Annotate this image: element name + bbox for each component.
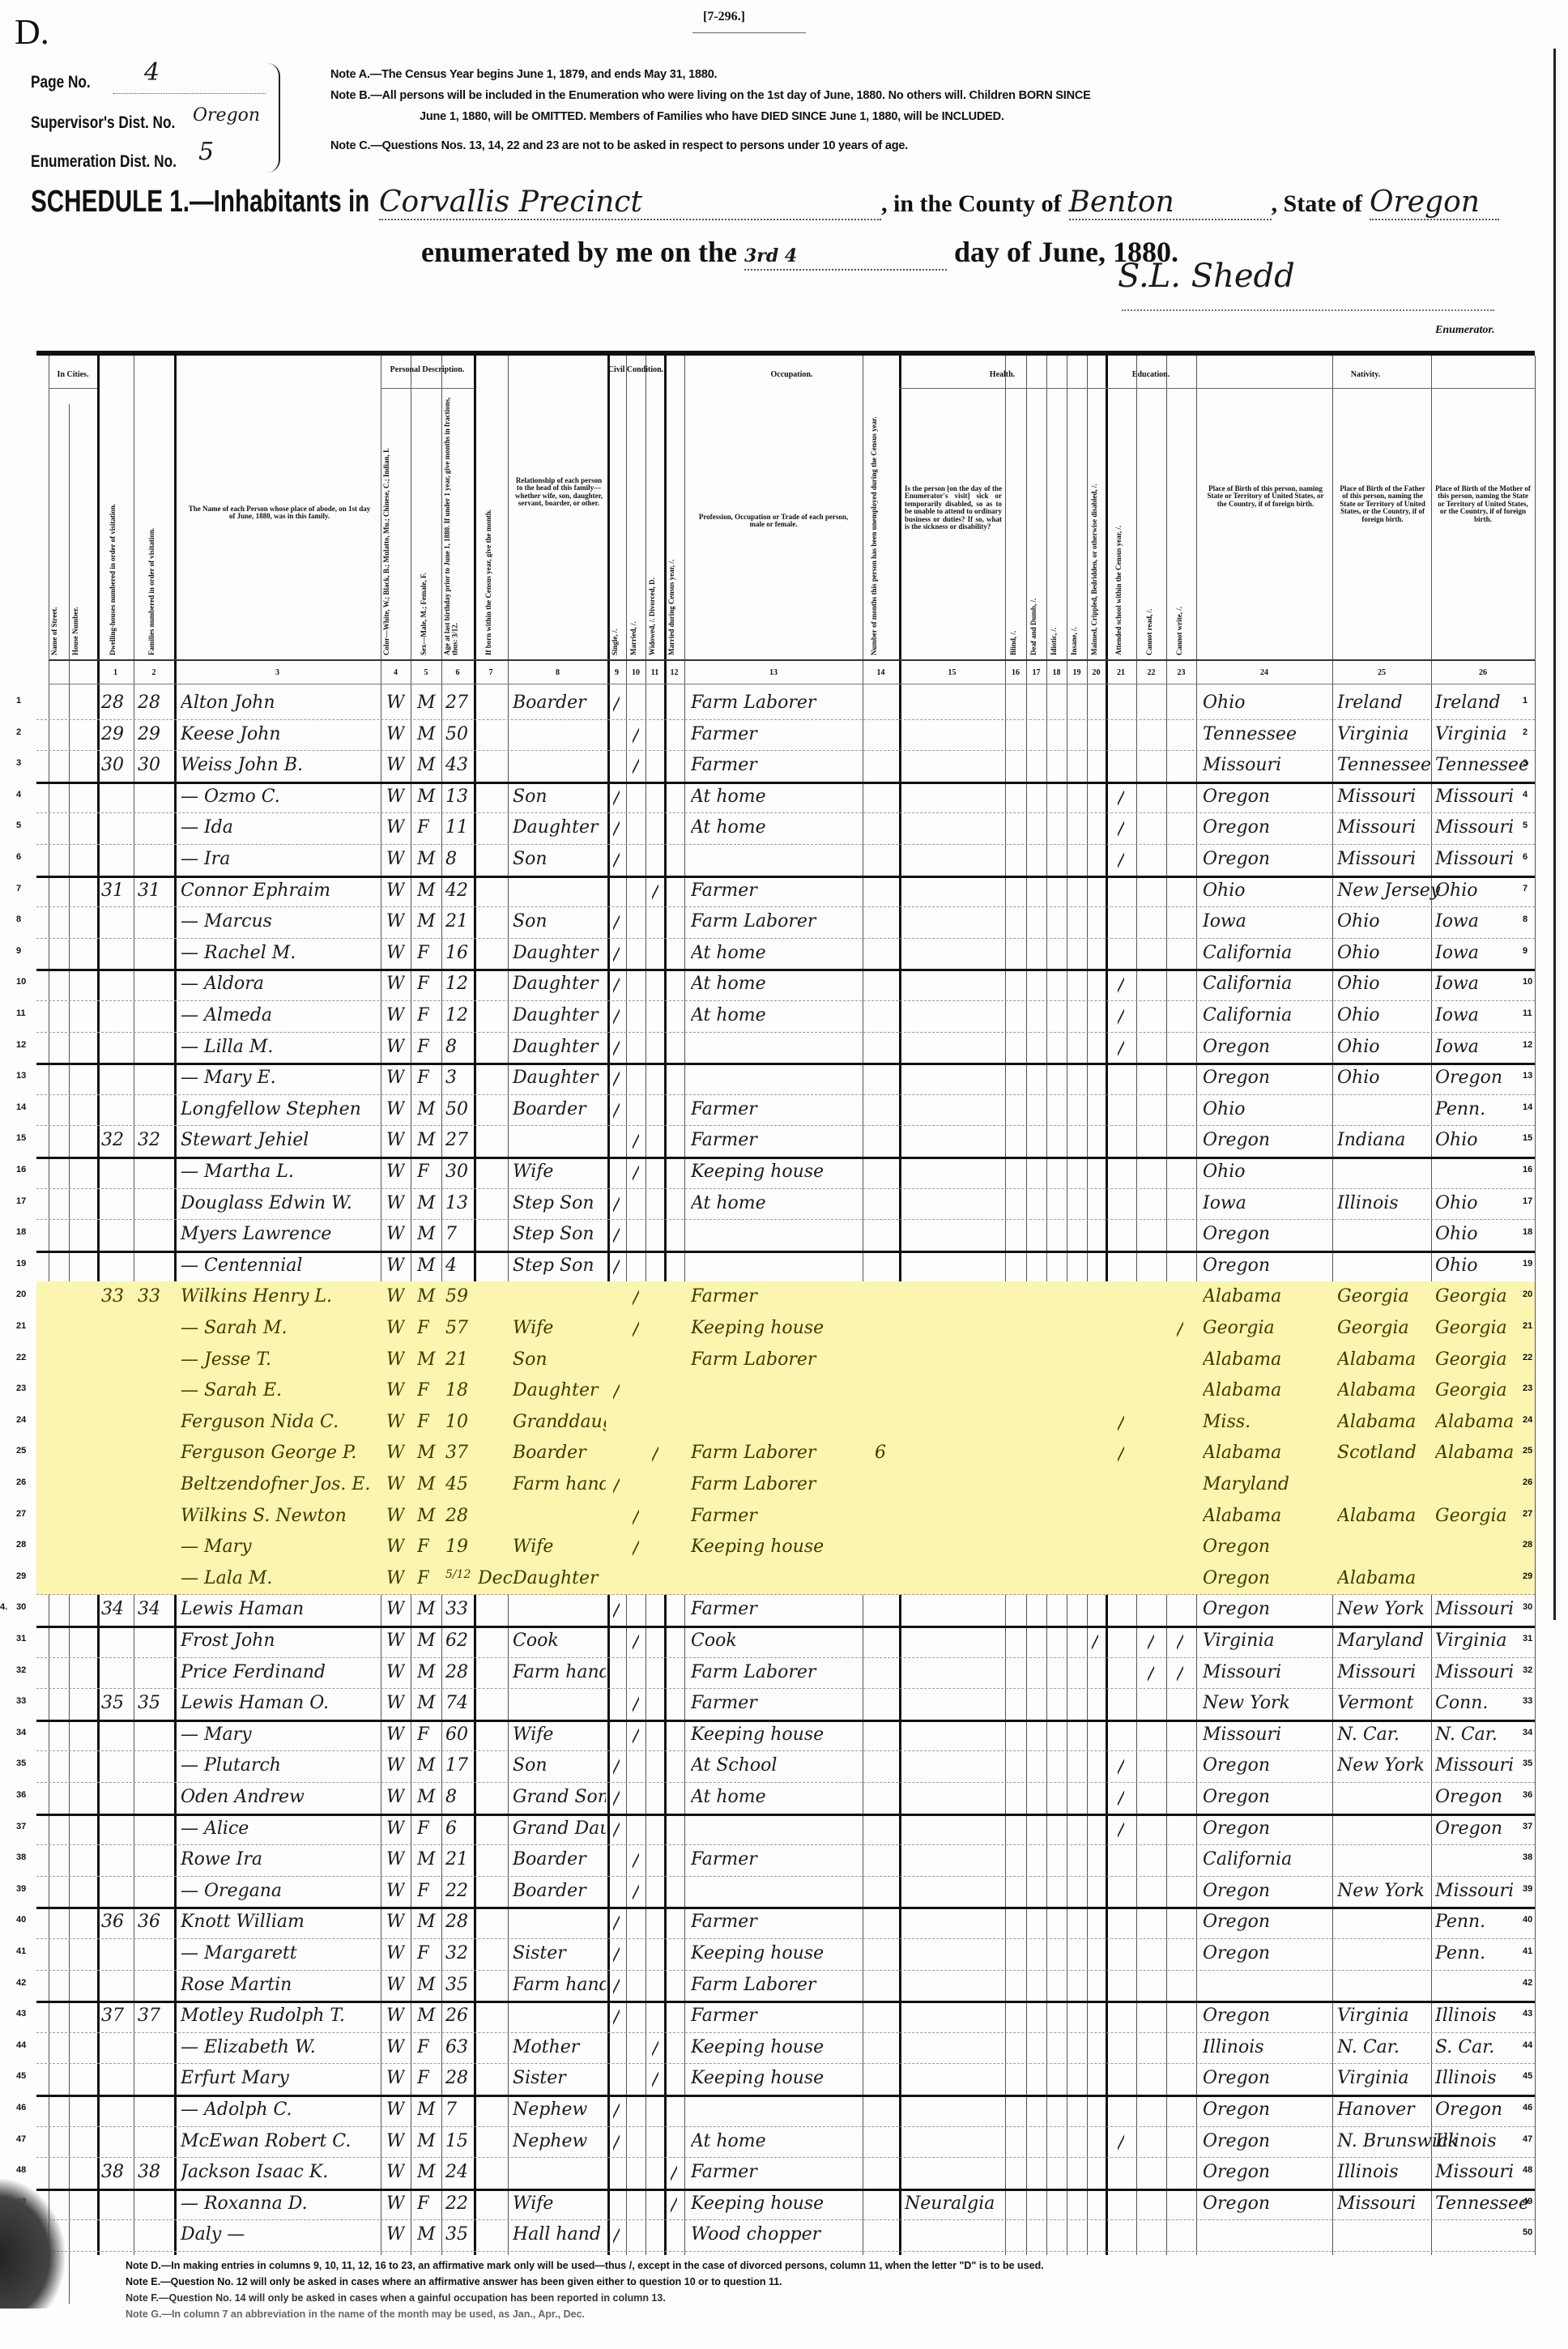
age-value: 12: [445, 974, 468, 994]
married-mark: /: [633, 1631, 639, 1653]
sex-value: M: [417, 1975, 436, 1995]
line-number: 19: [16, 1259, 26, 1268]
occupation-value: Keeping house: [691, 1943, 861, 1963]
relationship-value: Cook: [513, 1631, 606, 1651]
mother-birthplace-value: Missouri: [1435, 1755, 1565, 1776]
dwelling-number: 30: [101, 755, 124, 775]
occupation-value: At home: [691, 1787, 861, 1807]
sex-value: M: [417, 911, 436, 932]
single-mark: /: [613, 1474, 620, 1497]
table-row: 1818Myers LawrenceWM7Step Son/OregonOhio: [36, 1219, 1535, 1253]
sex-value: F: [417, 1943, 429, 1963]
single-mark: /: [613, 1005, 620, 1028]
table-row: 2727Wilkins S. NewtonWM28/FarmerAlabamaA…: [36, 1501, 1535, 1535]
age-value: 13: [445, 1193, 468, 1213]
sex-value: M: [417, 1286, 436, 1307]
column-number: 24: [1196, 668, 1332, 677]
mother-birthplace-value: Iowa: [1435, 943, 1565, 963]
single-mark: /: [613, 1037, 620, 1059]
mother-birthplace-value: Georgia: [1435, 1318, 1565, 1338]
table-row: 43433737Motley Rudolph T.WM26/FarmerOreg…: [36, 2001, 1535, 2033]
color-value: W: [386, 1537, 405, 1557]
header-unemployed: Number of months this person has been un…: [871, 404, 895, 655]
person-name: Longfellow Stephen: [181, 1099, 379, 1119]
header-name: The Name of each Person whose place of a…: [186, 505, 373, 521]
birthplace-value: Oregon: [1203, 1255, 1332, 1276]
age-value: 21: [445, 1349, 468, 1370]
family-number: 30: [138, 755, 160, 775]
single-mark: /: [613, 693, 620, 715]
birthplace-value: Oregon: [1203, 849, 1332, 869]
person-name: — Jesse T.: [181, 1349, 379, 1370]
person-name: Jackson Isaac K.: [181, 2162, 379, 2182]
header-cannot-read: Cannot read, /.: [1146, 558, 1157, 655]
schedule-title: SCHEDULE 1.—Inhabitants in: [31, 185, 309, 220]
sex-value: F: [417, 1881, 429, 1901]
birthplace-value: Oregon: [1203, 2068, 1332, 2088]
sex-value: F: [417, 1037, 429, 1057]
occupation-value: Keeping house: [691, 2193, 861, 2214]
line-number: 2: [16, 727, 21, 737]
line-number: 16: [16, 1165, 26, 1174]
age-value: 4: [445, 1255, 457, 1276]
footer-note-e: Note E.—Question No. 12 will only be ask…: [126, 2276, 782, 2287]
age-value: 57: [445, 1318, 468, 1338]
table-row: 4242Rose MartinWM35Farm hand/Farm Labore…: [36, 1970, 1535, 2004]
table-row: 99— Rachel M.WF16Daughter/At homeCalifor…: [36, 938, 1535, 972]
color-value: W: [386, 1130, 405, 1150]
header-insane: Insane, /.: [1071, 582, 1082, 655]
color-value: W: [386, 849, 405, 869]
footer-note-f: Note F.—Question No. 14 will only be ask…: [126, 2292, 666, 2304]
mother-birthplace-value: Penn.: [1435, 1912, 1565, 1932]
line-number: 26: [1523, 1477, 1532, 1487]
age-value: 21: [445, 1849, 468, 1869]
sex-value: M: [417, 1224, 436, 1244]
color-value: W: [386, 1193, 405, 1213]
table-row: 2424Ferguson Nida C.WF10Granddaughter/Mi…: [36, 1407, 1535, 1441]
header-school: Attended school within the Census year, …: [1115, 437, 1127, 655]
line-number: 35: [16, 1759, 26, 1768]
mother-birthplace-value: Ireland: [1435, 693, 1565, 713]
color-value: W: [386, 2162, 405, 2182]
single-mark: /: [613, 974, 620, 996]
color-value: W: [386, 1755, 405, 1776]
person-name: Ferguson Nida C.: [181, 1412, 379, 1432]
age-value: 22: [445, 1881, 468, 1901]
birthplace-value: Ohio: [1203, 1162, 1332, 1182]
sex-value: M: [417, 1787, 436, 1807]
person-name: Wilkins S. Newton: [181, 1506, 379, 1526]
person-name: — Centennial: [181, 1255, 379, 1276]
header-occupation: Profession, Occupation or Trade of each …: [692, 514, 854, 529]
relationship-value: Grand Son: [513, 1787, 606, 1807]
page-no-value: 4: [144, 58, 160, 87]
occupation-value: Keeping house: [691, 2037, 861, 2057]
occupation-value: Farm Laborer: [691, 1349, 861, 1370]
occupation-value: Farmer: [691, 1599, 861, 1619]
birthplace-value: Oregon: [1203, 1881, 1332, 1901]
relationship-value: Daughter: [513, 974, 606, 994]
color-value: W: [386, 1318, 405, 1338]
table-row: 2626Beltzendofner Jos. E.WM45Farm hand/F…: [36, 1469, 1535, 1502]
occupation-value: Farm Laborer: [691, 1474, 861, 1494]
sex-value: F: [417, 1318, 429, 1338]
enumeration-district-value: 5: [198, 138, 214, 166]
sex-value: F: [417, 1380, 429, 1400]
family-number: 31: [138, 880, 160, 901]
mother-birthplace-value: Missouri: [1435, 787, 1565, 807]
single-mark: /: [613, 817, 620, 840]
line-number: 42: [1523, 1978, 1532, 1988]
month-born-value: Dec: [478, 1568, 513, 1588]
person-name: Alton John: [181, 693, 379, 713]
married-mark: /: [633, 1849, 639, 1872]
mother-birthplace-value: Conn.: [1435, 1693, 1565, 1713]
relationship-value: Sister: [513, 2068, 606, 2088]
line-number: 45: [16, 2071, 26, 2081]
mother-birthplace-value: Missouri: [1435, 1662, 1565, 1682]
group-header-in-cities: In Cities.: [49, 370, 97, 379]
relationship-value: Step Son: [513, 1193, 606, 1213]
page-no-label: Page No.: [31, 73, 91, 92]
line-number: 21: [16, 1321, 26, 1331]
header-widowed: Widowed, /. Divorced, D.: [649, 453, 660, 655]
header-sex: Sex—Male, M.; Female, F.: [420, 518, 432, 655]
single-mark: /: [613, 787, 620, 809]
color-value: W: [386, 2193, 405, 2214]
birthplace-value: Miss.: [1203, 1412, 1332, 1432]
line-number: 27: [16, 1509, 26, 1519]
table-row: 4949— Roxanna D.WF22Wife/Keeping houseNe…: [36, 2189, 1535, 2221]
sex-value: M: [417, 1631, 436, 1651]
mother-birthplace-value: Ohio: [1435, 1130, 1565, 1150]
column-number: 26: [1431, 668, 1535, 677]
column-number: 19: [1067, 668, 1087, 677]
birthplace-value: Alabama: [1203, 1349, 1332, 1370]
note-b-cont: June 1, 1880, will be OMITTED. Members o…: [420, 110, 1004, 123]
person-name: Oden Andrew: [181, 1787, 379, 1807]
occupation-value: At home: [691, 943, 861, 963]
occupation-value: At home: [691, 2131, 861, 2151]
age-value: 74: [445, 1693, 468, 1713]
widowed-mark: /: [652, 2037, 658, 2060]
dwelling-number: 29: [101, 724, 124, 744]
mother-birthplace-value: Oregon: [1435, 2100, 1565, 2120]
person-name: Lewis Haman O.: [181, 1693, 379, 1713]
enumerated-day-value: 3rd 4: [744, 245, 797, 266]
place-value: Corvallis Precinct: [379, 185, 642, 219]
header-idiotic: Idiotic, /.: [1050, 582, 1062, 655]
age-value: 3: [445, 1068, 457, 1088]
birthplace-value: Oregon: [1203, 1568, 1332, 1588]
header-married-year: Married during Census year, /.: [668, 453, 680, 655]
person-name: — Ira: [181, 849, 379, 869]
sex-value: M: [417, 1443, 436, 1463]
dwelling-number: 36: [101, 1912, 124, 1932]
mother-birthplace-value: Penn.: [1435, 1099, 1565, 1119]
married-mark: /: [633, 1693, 639, 1716]
person-name: — Alice: [181, 1818, 379, 1839]
occupation-value: Farmer: [691, 2162, 861, 2182]
relationship-value: Wife: [513, 1724, 606, 1745]
line-number: 40: [16, 1915, 26, 1925]
age-value: 28: [445, 1912, 468, 1932]
color-value: W: [386, 693, 405, 713]
sex-value: M: [417, 1755, 436, 1776]
relationship-value: Boarder: [513, 1849, 606, 1869]
occupation-value: Farm Laborer: [691, 1975, 861, 1995]
sex-value: F: [417, 1818, 429, 1839]
table-row: 222929Keese JohnWM50/FarmerTennesseeVirg…: [36, 719, 1535, 752]
county-value: Benton: [1069, 185, 1174, 219]
single-mark: /: [613, 1255, 620, 1278]
family-number: 33: [138, 1286, 160, 1307]
column-number: 17: [1026, 668, 1046, 677]
person-name: — Ozmo C.: [181, 787, 379, 807]
mother-birthplace-value: Missouri: [1435, 817, 1565, 838]
table-row: 55— IdaWF11Daughter/At home/OregonMissou…: [36, 812, 1535, 845]
birthplace-value: Georgia: [1203, 1318, 1332, 1338]
person-name: — Lala M.: [181, 1568, 379, 1588]
color-value: W: [386, 1255, 405, 1276]
line-number: 34: [16, 1728, 26, 1737]
table-row: 3939— OreganaWF22Boarder/OregonNew YorkM…: [36, 1876, 1535, 1910]
widowed-mark: /: [652, 1443, 658, 1465]
color-value: W: [386, 1380, 405, 1400]
line-number: 31: [16, 1634, 26, 1643]
line-number: 48: [16, 2165, 26, 2175]
single-mark: /: [613, 1224, 620, 1247]
occupation-value: Farmer: [691, 1693, 861, 1713]
sex-value: M: [417, 2100, 436, 2120]
single-mark: /: [613, 1787, 620, 1810]
school-mark: /: [1118, 1005, 1124, 1028]
color-value: W: [386, 1724, 405, 1745]
column-number: 23: [1166, 668, 1196, 677]
school-mark: /: [1118, 974, 1124, 996]
table-row: 2323— Sarah E.WF18Daughter/AlabamaAlabam…: [36, 1375, 1535, 1408]
mother-birthplace-value: Ohio: [1435, 1193, 1565, 1213]
footer-note-d: Note D.—In making entries in columns 9, …: [126, 2260, 1044, 2271]
color-value: W: [386, 2100, 405, 2120]
relationship-value: Daughter: [513, 817, 606, 838]
married-mark: /: [633, 1130, 639, 1153]
age-value: 43: [445, 755, 468, 775]
person-name: Myers Lawrence: [181, 1224, 379, 1244]
person-name: Weiss John B.: [181, 755, 379, 775]
relationship-value: Hall hand: [513, 2224, 606, 2245]
county-label: , in the County of: [881, 190, 1062, 217]
line-number: 36: [16, 1790, 26, 1800]
age-value: 7: [445, 1224, 457, 1244]
age-value: 32: [445, 1943, 468, 1963]
color-value: W: [386, 755, 405, 775]
single-mark: /: [613, 1068, 620, 1090]
birthplace-value: Maryland: [1203, 1474, 1332, 1494]
relationship-value: Boarder: [513, 693, 606, 713]
person-name: — Mary: [181, 1724, 379, 1745]
age-value: 62: [445, 1631, 468, 1651]
mother-birthplace-value: Georgia: [1435, 1380, 1565, 1400]
line-number: 16: [1523, 1165, 1532, 1174]
mother-birthplace-value: Iowa: [1435, 1005, 1565, 1025]
line-number: 32: [16, 1665, 26, 1675]
relationship-value: Boarder: [513, 1443, 606, 1463]
header-disabled: Maimed, Crippled, Bedridden, or otherwis…: [1091, 396, 1102, 655]
mother-birthplace-value: Iowa: [1435, 911, 1565, 932]
sex-value: M: [417, 880, 436, 901]
mother-birthplace-value: Iowa: [1435, 1037, 1565, 1057]
single-mark: /: [613, 1912, 620, 1934]
header-birthplace: Place of Birth of this person, naming St…: [1203, 485, 1328, 508]
birthplace-value: Oregon: [1203, 1599, 1332, 1619]
sex-value: M: [417, 1506, 436, 1526]
column-number: 10: [626, 668, 646, 677]
person-name: — Martha L.: [181, 1162, 379, 1182]
header-father-birthplace: Place of Birth of the Father of this per…: [1337, 485, 1428, 523]
age-value: 16: [445, 943, 468, 963]
sex-value: F: [417, 2068, 429, 2088]
married-year-mark: /: [671, 2193, 677, 2216]
mother-birthplace-value: Virginia: [1435, 724, 1565, 744]
line-number: 30: [16, 1602, 26, 1612]
birthplace-value: Virginia: [1203, 1631, 1332, 1651]
cannot-write-mark: /: [1177, 1318, 1183, 1341]
column-number: 5: [411, 668, 441, 677]
sex-value: M: [417, 1662, 436, 1682]
line-number: 37: [16, 1822, 26, 1831]
line-number: 13: [16, 1071, 26, 1081]
table-row: 3434— MaryWF60Wife/Keeping houseMissouri…: [36, 1720, 1535, 1752]
family-number: 29: [138, 724, 160, 744]
occupation-value: Keeping house: [691, 1318, 861, 1338]
header-single: Single, /.: [611, 558, 623, 655]
table-row: 2525Ferguson George P.WM37Boarder/Farm L…: [36, 1438, 1535, 1470]
occupation-value: Keeping house: [691, 2068, 861, 2088]
school-mark: /: [1118, 1755, 1124, 1778]
married-mark: /: [633, 755, 639, 778]
table-row: 3838Rowe IraWM21Boarder/FarmerCalifornia: [36, 1844, 1535, 1877]
relationship-value: Son: [513, 787, 606, 807]
person-name: Daly —: [181, 2224, 379, 2245]
line-number: 5: [16, 821, 21, 830]
person-name: Lewis Haman: [181, 1599, 379, 1619]
table-row: 4545Erfurt MaryWF28Sister/Keeping houseO…: [36, 2063, 1535, 2097]
age-value: 8: [445, 1037, 457, 1057]
mother-birthplace-value: Ohio: [1435, 1224, 1565, 1244]
relationship-value: Farm hand: [513, 1662, 606, 1682]
person-name: Beltzendofner Jos. E.: [181, 1474, 379, 1494]
sheet-letter: D.: [15, 11, 49, 53]
relationship-value: Step Son: [513, 1224, 606, 1244]
birthplace-value: Tennessee: [1203, 724, 1332, 744]
single-mark: /: [613, 1099, 620, 1122]
birthplace-value: Iowa: [1203, 911, 1332, 932]
single-mark: /: [613, 1755, 620, 1778]
census-table: In Cities. Personal Description. Civil C…: [36, 351, 1535, 2255]
sex-value: M: [417, 2224, 436, 2245]
brace: [267, 63, 280, 173]
form-number: [7-296.]: [703, 10, 745, 24]
dwelling-number: 32: [101, 1130, 124, 1150]
line-number: 28: [1523, 1540, 1532, 1550]
person-name: — Ida: [181, 817, 379, 838]
school-mark: /: [1118, 1443, 1124, 1465]
relationship-value: Son: [513, 1755, 606, 1776]
age-value: 28: [445, 1662, 468, 1682]
single-mark: /: [613, 911, 620, 934]
color-value: W: [386, 1005, 405, 1025]
cannot-read-mark: /: [1148, 1631, 1154, 1653]
school-mark: /: [1118, 1412, 1124, 1435]
column-number: 1: [97, 668, 134, 677]
color-value: W: [386, 2131, 405, 2151]
person-name: — Lilla M.: [181, 1037, 379, 1057]
enumeration-date-line: enumerated by me on the 3rd 4 day of Jun…: [421, 235, 1178, 271]
color-value: W: [386, 1912, 405, 1932]
sex-value: F: [417, 817, 429, 838]
mother-birthplace-value: Georgia: [1435, 1286, 1565, 1307]
color-value: W: [386, 2068, 405, 2088]
table-row: 1313— Mary E.WF3Daughter/OregonOhioOrego…: [36, 1063, 1535, 1095]
person-name: — Plutarch: [181, 1755, 379, 1776]
table-row: 1919— CentennialWM4Step Son/OregonOhio: [36, 1251, 1535, 1283]
disabled-mark: /: [1092, 1631, 1098, 1653]
family-number: 32: [138, 1130, 160, 1150]
mother-birthplace-value: S. Car.: [1435, 2037, 1565, 2057]
column-number: 13: [684, 668, 863, 677]
age-value: 30: [445, 1162, 468, 1182]
birthplace-value: Ohio: [1203, 693, 1332, 713]
table-row: 48483838Jackson Isaac K.WM24/FarmerOrego…: [36, 2157, 1535, 2191]
person-name: — Rachel M.: [181, 943, 379, 963]
cannot-write-mark: /: [1177, 1631, 1183, 1653]
color-value: W: [386, 817, 405, 838]
mother-birthplace-value: N. Car.: [1435, 1724, 1565, 1745]
school-mark: /: [1118, 817, 1124, 840]
birthplace-value: Oregon: [1203, 1068, 1332, 1088]
mother-birthplace-value: Missouri: [1435, 2162, 1565, 2182]
mother-birthplace-value: Illinois: [1435, 2068, 1565, 2088]
occupation-value: Farmer: [691, 755, 861, 775]
table-row: 2222— Jesse T.WM21SonFarm LaborerAlabama…: [36, 1345, 1535, 1377]
header-family: Families numbered in order of visitation…: [148, 437, 160, 655]
relationship-value: Daughter: [513, 943, 606, 963]
color-value: W: [386, 880, 405, 901]
color-value: W: [386, 1599, 405, 1619]
line-number: 17: [16, 1196, 26, 1206]
birthplace-value: Oregon: [1203, 1037, 1332, 1057]
father-birthplace-value: Alabama: [1337, 1568, 1467, 1588]
sex-value: F: [417, 1162, 429, 1182]
column-number: 14: [863, 668, 899, 677]
married-mark: /: [633, 1724, 639, 1747]
line-number: 22: [16, 1353, 26, 1362]
occupation-value: Farm Laborer: [691, 1662, 861, 1682]
person-name: Erfurt Mary: [181, 2068, 379, 2088]
occupation-value: At home: [691, 787, 861, 807]
sex-value: M: [417, 787, 436, 807]
sex-value: M: [417, 1849, 436, 1869]
color-value: W: [386, 1849, 405, 1869]
occupation-value: At home: [691, 817, 861, 838]
person-name: — Mary: [181, 1537, 379, 1557]
line-number: 38: [1523, 1852, 1532, 1862]
occupation-value: Farmer: [691, 1286, 861, 1307]
family-number: 35: [138, 1693, 160, 1713]
age-value: 27: [445, 693, 468, 713]
